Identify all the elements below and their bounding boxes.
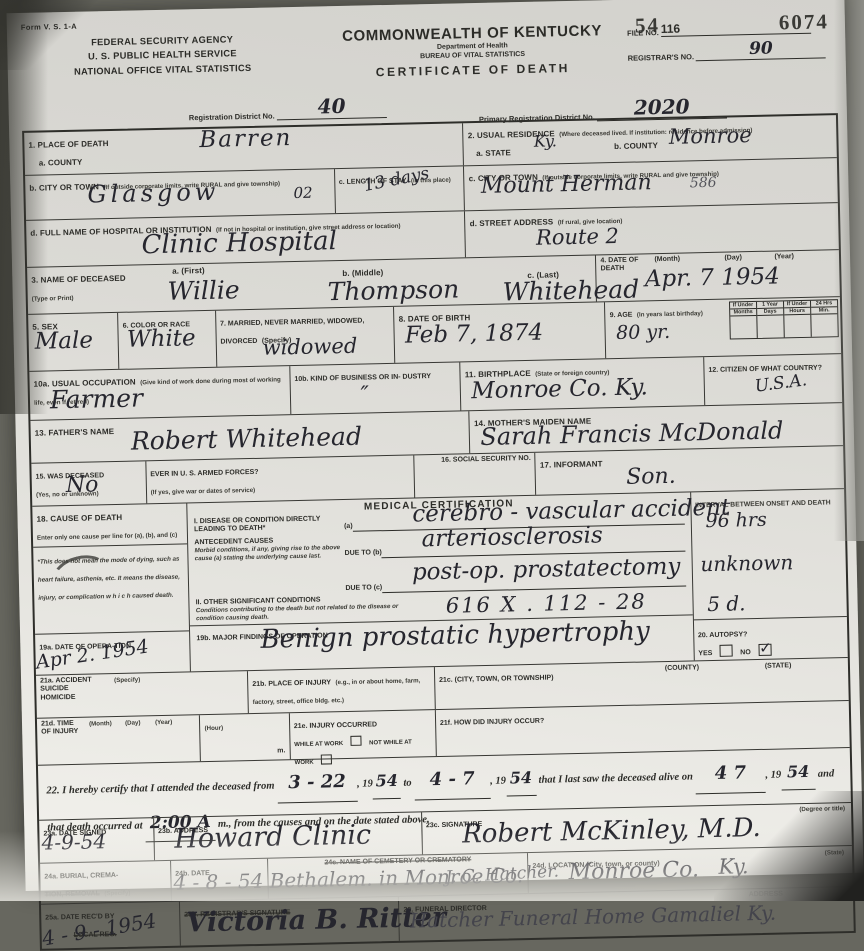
field-place-of-injury: 21b. PLACE OF INJURY (e.g., in or about … [247, 667, 435, 713]
injury-while-label: WHILE AT WORK [294, 741, 343, 748]
field-name-of-deceased: 3. NAME OF DECEASED (Type or Print) a. (… [27, 255, 596, 313]
autopsy-no-label: NO [740, 649, 751, 656]
field-industry: 10b. KIND OF BUSINESS OR IN- DUSTRY ″ [289, 362, 461, 414]
certify-t5: that I last saw the deceased alive on [538, 771, 693, 785]
injury-place-label: 21b. PLACE OF INJURY [252, 679, 331, 688]
field-occupation: 10a. USUAL OCCUPATION (Give kind of work… [29, 366, 290, 420]
certificate-form: 1. PLACE OF DEATH a. COUNTY Barren 2. US… [22, 113, 856, 901]
row-medical-certification: 18. CAUSE OF DEATH Enter only one cause … [32, 488, 847, 675]
field-autopsy: 20. AUTOPSY? YES NO ✓ [694, 616, 848, 660]
autopsy-yes-checkbox [720, 644, 733, 656]
last-name-value: Whitehead [502, 275, 639, 307]
dob-value: Feb 7, 1874 [405, 320, 544, 349]
first-name-value: Willie [167, 275, 240, 306]
age-col-under24: If Under Hours [783, 301, 811, 338]
field-citizen: 12. CITIZEN OF WHAT COUNTRY? U.S.A. [703, 354, 842, 405]
line-b-value: arteriosclerosis [421, 522, 603, 552]
age-col-under1: If Under Months [730, 302, 757, 339]
field-birthplace: 11. BIRTHPLACE (State or foreign country… [460, 357, 705, 410]
age-note: (In years last birthday) [637, 310, 703, 318]
field-injury-hour: (Hour) m. [199, 713, 289, 761]
certify-t3: to [403, 778, 411, 789]
antecedent-notes: ANTECEDENT CAUSES Morbid conditions, if … [194, 536, 345, 597]
residence-county-value: Monroe [669, 123, 752, 149]
certify-from-year: 54 [372, 764, 401, 799]
photo-edge-shadow-left [0, 0, 60, 414]
field-time-of-injury: 21d. TIME OF INJURY (Month) (Day) (Year) [37, 715, 200, 765]
due-to-lines: DUE TO (b) arteriosclerosis DUE TO (c) p… [344, 528, 686, 593]
mother-value: Sarah Francis McDonald [480, 416, 784, 451]
city-code: 02 [293, 184, 312, 202]
autopsy-no-mark: ✓ [759, 638, 772, 656]
father-value: Robert Whitehead [131, 422, 363, 456]
informant-value: Son. [626, 464, 676, 490]
other-value: 616 X . 112 - 28 [446, 589, 647, 617]
photo-edge-shadow-right [834, 0, 864, 541]
county-value: Barren [199, 125, 293, 153]
cause-of-death-head: 18. CAUSE OF DEATH Enter only one cause … [32, 503, 187, 547]
field-ssn: 16. SOCIAL SECURITY NO. [413, 453, 536, 498]
accident-label: 21a. ACCIDENT SUICIDE HOMICIDE [40, 676, 101, 702]
field-informant: 17. INFORMANT Son. [535, 446, 844, 495]
birthplace-value: Monroe Co. Ky. [471, 374, 648, 404]
residence-city-code: 586 [690, 175, 717, 192]
field-armed-forces-q: 15. WAS DECEASED (Yes, no or unknown) No [31, 461, 146, 505]
dod-day-label: (Day) [724, 254, 742, 263]
accident-note: (Specify) [114, 676, 140, 684]
street-value: Route 2 [536, 224, 619, 250]
field-street-address: d. STREET ADDRESS (If rural, give locati… [464, 203, 838, 257]
col-medical-cert: MEDICAL CERTIFICATION I. DISEASE OR COND… [187, 492, 694, 671]
ssn-label: 16. SOCIAL SECURITY NO. [418, 455, 531, 466]
district-label: Registration District No. [189, 111, 275, 122]
hospital-value: Clinic Hospital [141, 226, 337, 260]
injury-city-label: 21c. (CITY, TOWN, OR TOWNSHIP) [439, 674, 554, 683]
father-label: 13. FATHER'S NAME [35, 427, 115, 438]
field-armed-forces-detail: EVER IN U. S. ARMED FORCES? (If yes, giv… [145, 455, 414, 503]
age-cell-days [757, 315, 783, 338]
injury-county-label: (COUNTY) [665, 664, 699, 673]
certify-t6: , 19 [765, 770, 781, 781]
certify-alive-year: 54 [781, 755, 816, 790]
age-value: 80 yr. [616, 321, 670, 344]
occupation-value: Farmer [50, 383, 144, 414]
antecedent-note: Morbid conditions, if any, giving rise t… [194, 544, 344, 563]
col-interval: INTERVAL BETWEEN ONSET AND DEATH 96 hrs … [690, 489, 848, 660]
injury-day-label: (Day) [125, 719, 141, 727]
certify-t1: I hereby certify that I attended the dec… [62, 781, 274, 797]
dod-year-label: (Year) [774, 253, 794, 262]
line-a-label: I. DISEASE OR CONDITION DIRECTLY LEADING… [194, 515, 344, 535]
interval-values: 96 hrs unknown 5 d. [691, 511, 847, 619]
interval-b: unknown [700, 550, 793, 576]
armed-note2: (If yes, give war or dates of service) [151, 487, 256, 496]
informant-label: 17. INFORMANT [540, 459, 603, 469]
field-race: 6. COLOR OR RACE White [117, 311, 216, 369]
field-age: 9. AGE (In years last birthday) 80 yr. I… [604, 297, 841, 358]
registrar-no-value: 90 [696, 37, 826, 61]
autopsy-label: 20. AUTOPSY? [698, 631, 748, 639]
registrar-no-label: REGISTRAR'S NO. [628, 52, 695, 62]
industry-value: ″ [360, 382, 369, 407]
injury-month-label: (Month) [89, 720, 112, 728]
line-a-tag: (a) [344, 523, 353, 532]
field-city-of-death: b. CITY OR TOWN (If outside corporate li… [25, 169, 334, 220]
residence-state-label: a. STATE [476, 148, 511, 158]
certify-to-year: 54 [506, 761, 537, 796]
age-cell-months [730, 316, 756, 339]
death-certificate: Form V. S. 1-A FEDERAL SECURITY AGENCY U… [7, 0, 864, 891]
certify-t2: , 19 [357, 778, 373, 789]
interval-a: 96 hrs [705, 509, 767, 532]
field-marital: 7. MARRIED, NEVER MARRIED, WIDOWED, DIVO… [215, 307, 395, 367]
injury-hour-m: m. [205, 747, 285, 757]
injury-year-label: (Year) [155, 719, 172, 727]
age-label: 9. AGE [610, 312, 633, 319]
certify-from-date: 3 - 22 [277, 763, 358, 804]
file-no-label: FILE NO. [627, 28, 659, 38]
field-accident-suicide: 21a. ACCIDENT SUICIDE HOMICIDE (Specify) [36, 671, 248, 718]
field-injury-occurred: 21e. INJURY OCCURRED WHILE AT WORK NOT W… [289, 710, 436, 759]
photo-corner-shadow-bottomright [714, 791, 864, 901]
injury-occurred-label: 21e. INJURY OCCURRED [294, 721, 377, 730]
findings-value: Benign prostatic hypertrophy [260, 616, 650, 654]
line-c-label: DUE TO (c) [345, 585, 382, 594]
injury-state-label: (STATE) [765, 662, 792, 671]
race-value: White [127, 325, 196, 352]
residence-county-label: b. COUNTY [614, 141, 658, 152]
title-block: COMMONWEALTH OF KENTUCKY Department of H… [307, 21, 638, 80]
cause-note: Enter only one cause per line for (a), (… [37, 532, 177, 542]
field-operation-date: 19a. DATE OF OPERA-TION Apr 2. 1954 [35, 630, 190, 674]
agency-block: FEDERAL SECURITY AGENCY U. S. PUBLIC HEA… [17, 31, 308, 81]
how-injury-label: 21f. HOW DID INJURY OCCUR? [440, 718, 544, 727]
injury-time-label: 21d. TIME OF INJURY [41, 720, 81, 738]
field-date-of-birth: 8. DATE OF BIRTH Feb 7, 1874 [393, 302, 605, 363]
armed-value: No [66, 472, 99, 498]
residence-state-value: Ky. [534, 131, 557, 150]
antecedent-block: ANTECEDENT CAUSES Morbid conditions, if … [194, 528, 686, 597]
autopsy-yes-label: YES [698, 650, 712, 657]
operation-date-value: Apr 2. 1954 [35, 635, 151, 673]
cause-title: 18. CAUSE OF DEATH [36, 513, 122, 524]
stay-value: 13 days [361, 164, 430, 197]
district-value: 40 [276, 93, 387, 120]
line-b-label: DUE TO (b) [345, 550, 382, 559]
citizen-value: U.S.A. [754, 370, 808, 396]
autopsy-no-checkbox: ✓ [758, 643, 771, 655]
armed-label2: EVER IN U. S. ARMED FORCES? [150, 469, 258, 478]
dod-label: 4. DATE OF DEATH [600, 256, 642, 274]
marital-value: widowed [262, 334, 357, 360]
injury-while-checkbox [351, 735, 362, 745]
interval-c: 5 d. [707, 591, 746, 616]
certify-to-date: 4 - 7 [414, 760, 491, 800]
certify-t4: , 19 [490, 776, 506, 787]
dod-month-label: (Month) [654, 256, 680, 265]
age-cell-hours [784, 315, 810, 338]
first-name-label: a. (First) [172, 266, 205, 276]
file-block: 54 6074 FILE NO. 116 REGISTRAR'S NO. 90 [627, 9, 838, 63]
certificate-header: Form V. S. 1-A FEDERAL SECURITY AGENCY U… [7, 0, 847, 133]
residence-city-value: Mount Herman [481, 170, 652, 199]
certify-num: 22. [46, 785, 59, 796]
age-col-1year: 1 Year Days [756, 301, 784, 338]
city-value: Glasgow [87, 178, 219, 209]
injury-hour-label: (Hour) [204, 725, 223, 732]
age-subtable: If Under Months 1 Year Days If Under Hou… [729, 299, 839, 339]
certify-alive-date: 4 7 [695, 754, 766, 794]
middle-name-value: Thompson [327, 274, 459, 306]
field-length-of-stay: c. LENGTH OF STAY (in this place) 13 day… [334, 166, 465, 213]
line-c-value: post-op. prostatectomy [412, 553, 681, 585]
dod-value: Apr. 7 1954 [645, 263, 780, 292]
photo-background: Form V. S. 1-A FEDERAL SECURITY AGENCY U… [0, 0, 864, 901]
